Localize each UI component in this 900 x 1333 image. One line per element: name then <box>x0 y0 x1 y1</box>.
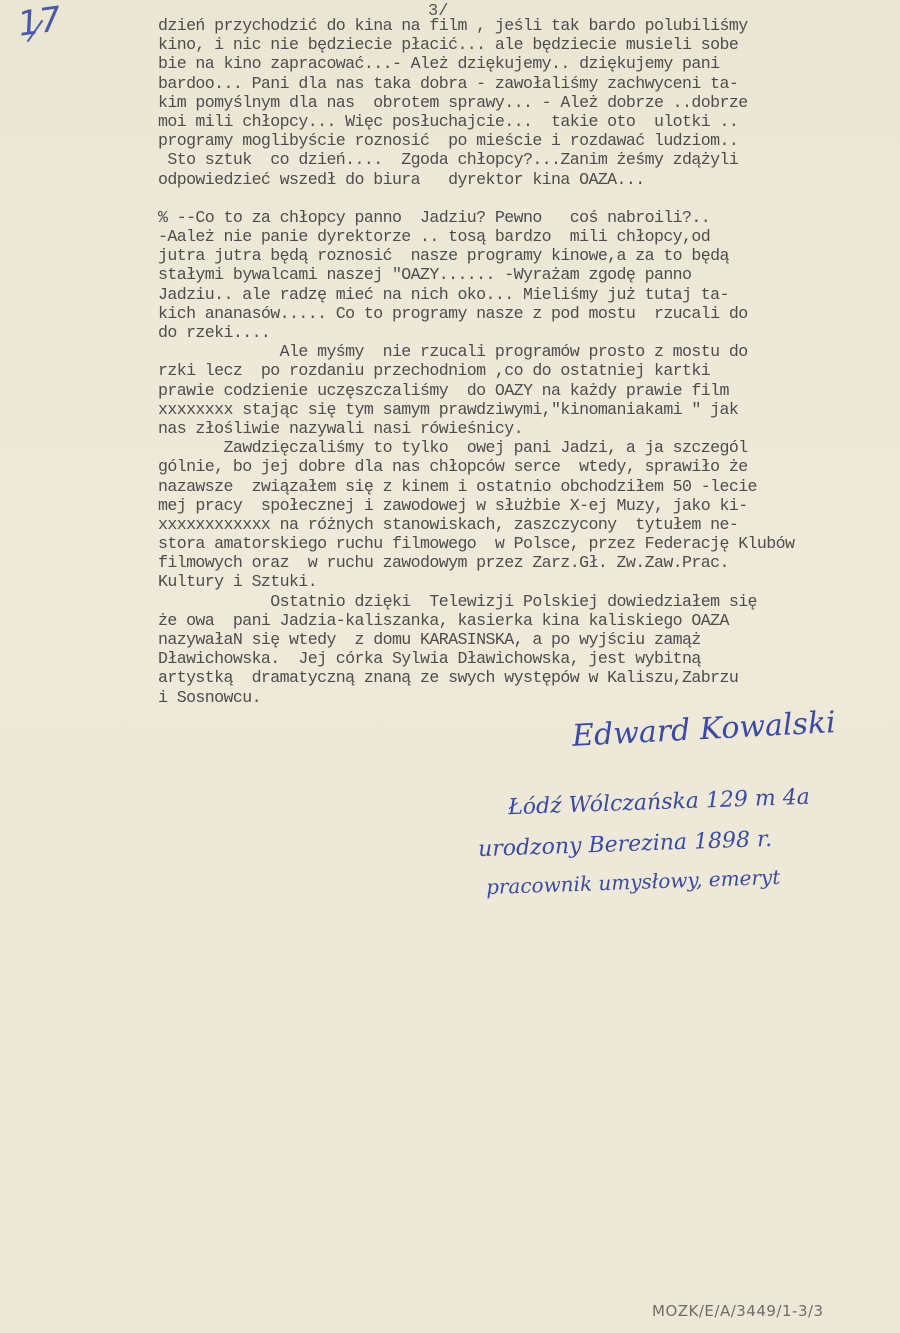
typed-line: nazywałaN się wtedy z domu KARASINSKA, a… <box>158 630 888 649</box>
typed-line: gólnie, bo jej dobre dla nas chłopców se… <box>158 457 888 476</box>
typed-line: prawie codzienie uczęszczaliśmy do OAZY … <box>158 381 888 400</box>
typed-line: rzki lecz po rozdaniu przechodniom ,co d… <box>158 361 888 380</box>
typed-line: artystką dramatyczną znaną ze swych wyst… <box>158 668 888 687</box>
typed-line: xxxxxxxx stając się tym samym prawdziwym… <box>158 400 888 419</box>
handwritten-birth-note: urodzony Berezina 1898 r. <box>478 827 773 862</box>
typed-line: nazawsze związałem się z kinem i ostatni… <box>158 477 888 496</box>
typed-line: że owa pani Jadzia-kaliszanka, kasierka … <box>158 611 888 630</box>
typed-line: nas złośliwie nazywali nasi rówieśnicy. <box>158 419 888 438</box>
document-page: 17 3/ dzień przychodzić do kina na film … <box>0 0 900 1333</box>
typed-line: -Aależ nie panie dyrektorze .. tosą bard… <box>158 227 888 246</box>
signature: Edward Kowalski <box>571 705 836 754</box>
typed-line: Ale myśmy nie rzucali programów prosto z… <box>158 342 888 361</box>
typed-line: i Sosnowcu. <box>158 688 888 707</box>
typed-line: kim pomyślnym dla nas obrotem sprawy... … <box>158 93 888 112</box>
typed-line: Dławichowska. Jej córka Sylwia Dławichow… <box>158 649 888 668</box>
typed-line: filmowych oraz w ruchu zawodowym przez Z… <box>158 553 888 572</box>
typed-line: Ostatnio dzięki Telewizji Polskiej dowie… <box>158 592 888 611</box>
typed-line: kich ananasów..... Co to programy nasze … <box>158 304 888 323</box>
typed-line: bie na kino zapracować...- Ależ dziękuje… <box>158 54 888 73</box>
typed-line: do rzeki.... <box>158 323 888 342</box>
handwritten-occupation: pracownik umysłowy, emeryt <box>486 865 781 899</box>
handwritten-address: Łódź Wólczańska 129 m 4a <box>508 785 811 821</box>
typed-line: Kultury i Sztuki. <box>158 572 888 591</box>
typed-line: Jadziu.. ale radzę mieć na nich oko... M… <box>158 285 888 304</box>
typed-line: dzień przychodzić do kina na film , jeśl… <box>158 16 888 35</box>
typed-line: programy moglibyście roznosić po mieście… <box>158 131 888 150</box>
typed-line: Zawdzięczaliśmy to tylko owej pani Jadzi… <box>158 438 888 457</box>
typed-line: Sto sztuk co dzień.... Zgoda chłopcy?...… <box>158 150 888 169</box>
typed-line: stora amatorskiego ruchu filmowego w Pol… <box>158 534 888 553</box>
typed-line: stałymi bywalcami naszej "OAZY...... -Wy… <box>158 265 888 284</box>
typed-line: moi mili chłopcy... Więc posłuchajcie...… <box>158 112 888 131</box>
typewritten-body: dzień przychodzić do kina na film , jeśl… <box>158 16 888 707</box>
typed-line <box>158 189 888 208</box>
typed-line: mej pracy społecznej i zawodowej w służb… <box>158 496 888 515</box>
archive-reference: MOZK/E/A/3449/1-3/3 <box>652 1302 824 1320</box>
typed-line: odpowiedzieć wszedł do biura dyrektor ki… <box>158 170 888 189</box>
typed-line: kino, i nic nie będziecie płacić... ale … <box>158 35 888 54</box>
typed-line: jutra jutra będą roznosić nasze programy… <box>158 246 888 265</box>
typed-line: bardoo... Pani dla nas taka dobra - zawo… <box>158 74 888 93</box>
typed-line: % --Co to za chłopcy panno Jadziu? Pewno… <box>158 208 888 227</box>
typed-line: xxxxxxxxxxxx na różnych stanowiskach, za… <box>158 515 888 534</box>
